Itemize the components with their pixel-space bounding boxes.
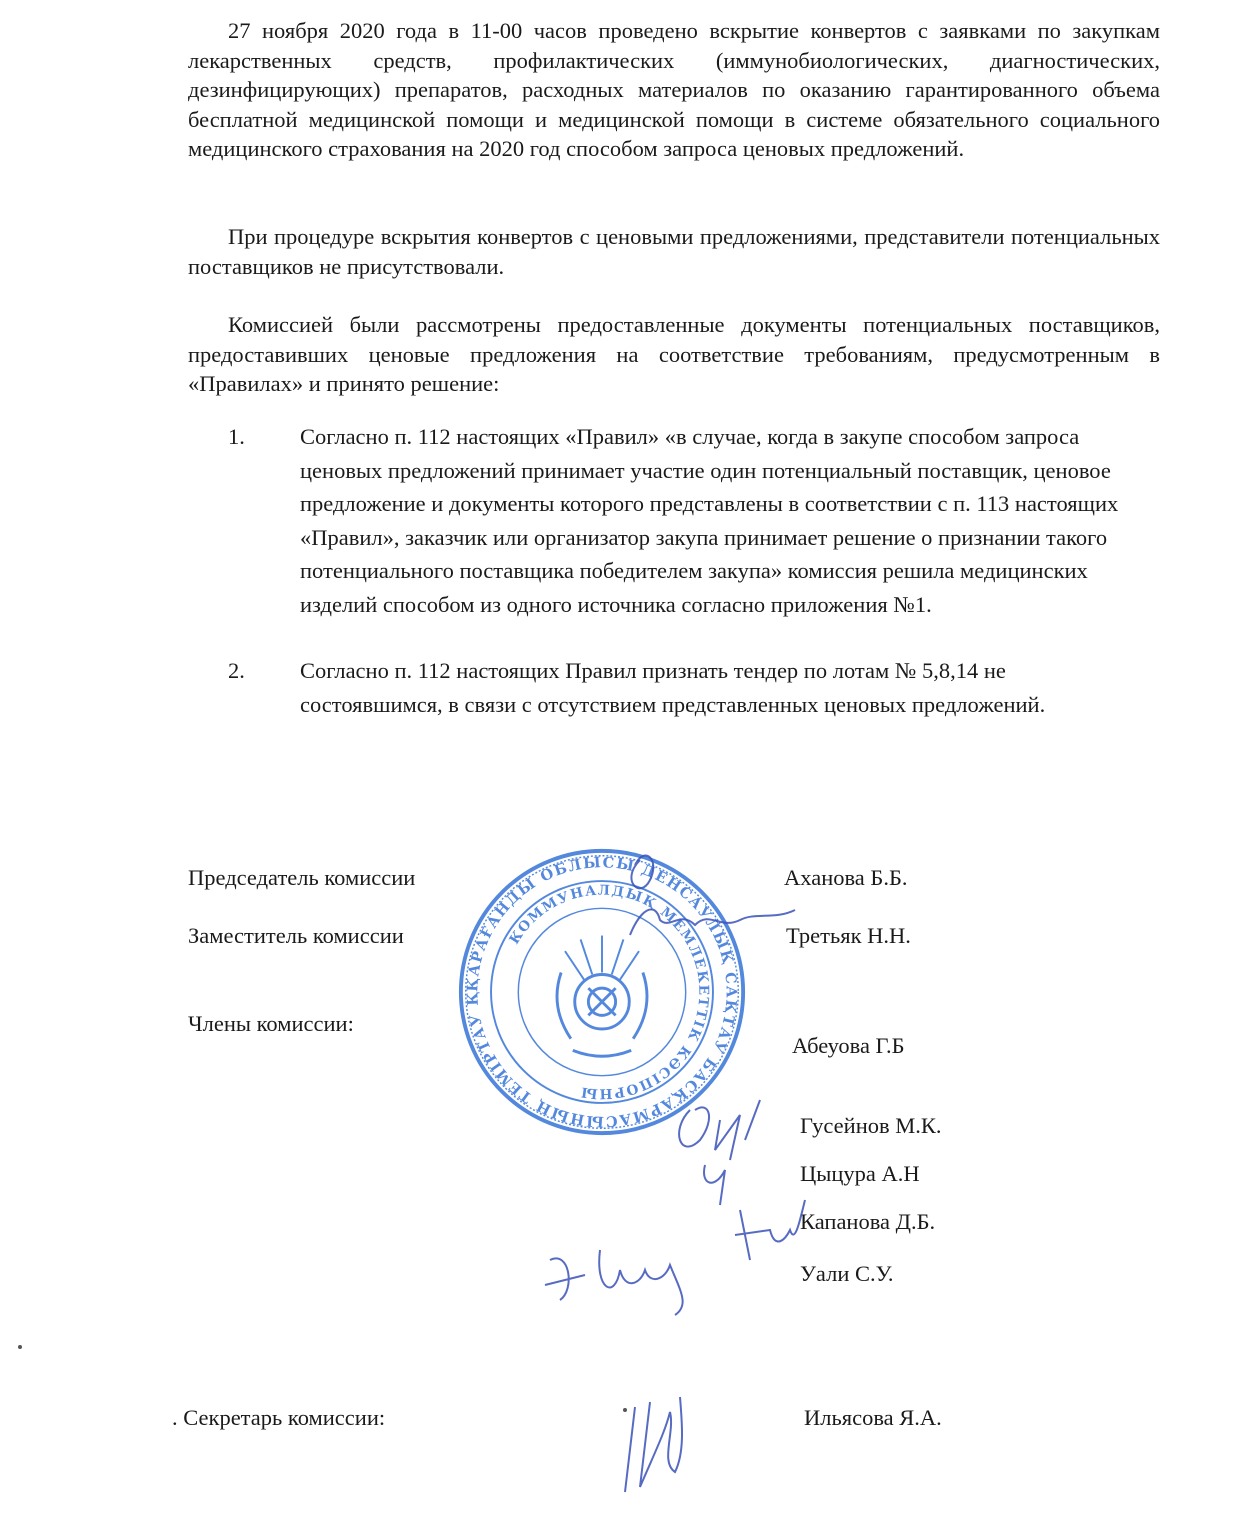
deputy-label: Заместитель комиссии — [188, 922, 404, 950]
member-name: Цыцура А.Н — [800, 1160, 920, 1188]
members-label: Члены комиссии: — [188, 1010, 354, 1038]
chairman-name: Аханова Б.Б. — [784, 864, 908, 892]
scan-speck — [18, 1345, 22, 1349]
deputy-signature-icon — [600, 840, 800, 950]
secretary-signature-icon — [620, 1392, 690, 1497]
scan-speck — [623, 1408, 627, 1412]
member-name: Капанова Д.Б. — [800, 1208, 935, 1236]
member-signature-icon — [730, 1190, 810, 1280]
member-name: Уали С.У. — [800, 1260, 894, 1288]
decision-number: 1. — [228, 420, 245, 454]
decision-text: Согласно п. 112 настоящих Правил признат… — [300, 654, 1130, 721]
document-page: 27 ноября 2020 года в 11-00 часов провед… — [0, 0, 1242, 1524]
deputy-name: Третьяк Н.Н. — [786, 922, 911, 950]
member-name: Абеуова Г.Б — [792, 1032, 905, 1060]
decision-text: Согласно п. 112 настоящих «Правил» «в сл… — [300, 420, 1130, 621]
member-signature-icon — [540, 1230, 710, 1320]
secretary-label: . Секретарь комиссии: — [172, 1404, 385, 1432]
intro-paragraph: 27 ноября 2020 года в 11-00 часов провед… — [188, 16, 1160, 164]
attendance-paragraph: При процедуре вскрытия конвертов с ценов… — [188, 222, 1160, 281]
secretary-name: Ильясова Я.А. — [804, 1404, 942, 1432]
member-name: Гусейнов М.К. — [800, 1112, 942, 1140]
decision-number: 2. — [228, 654, 245, 688]
chairman-label: Председатель комиссии — [188, 864, 415, 892]
review-paragraph: Комиссией были рассмотрены предоставленн… — [188, 310, 1160, 399]
